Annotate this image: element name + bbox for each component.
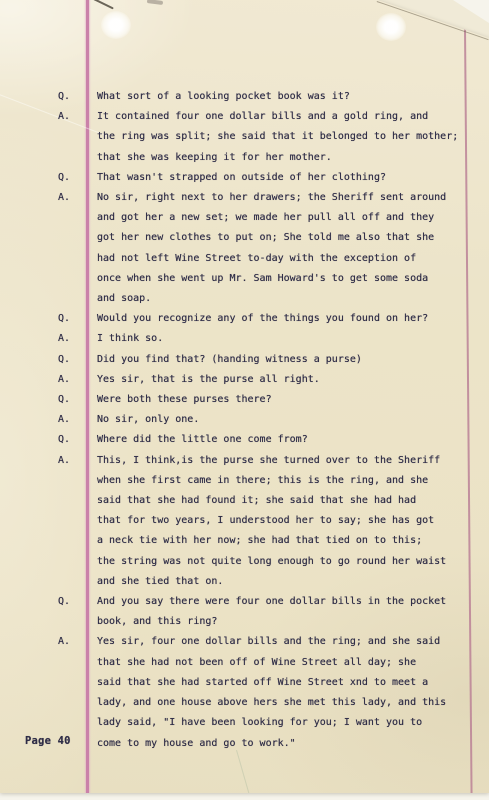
transcript: Q. What sort of a looking pocket book wa…: [0, 87, 489, 754]
speaker-label: A.: [58, 410, 97, 430]
page-shadow: Q. What sort of a looking pocket book wa…: [0, 0, 489, 800]
speaker-label: A.: [58, 632, 97, 652]
speaker-label: Q.: [58, 87, 97, 107]
entry-text: Were both these purses there?: [97, 390, 465, 410]
entry-text: What sort of a looking pocket book was i…: [97, 87, 465, 107]
entry-text: I think so.: [97, 329, 465, 349]
page-number: Page 40: [25, 731, 71, 751]
speaker-label: Q.: [58, 350, 97, 370]
entry-text: This, I think,is the purse she turned ov…: [97, 451, 465, 592]
qa-entry: A. Yes sir, that is the purse all right.: [0, 370, 489, 390]
qa-entry: Q. That wasn't strapped on outside of he…: [0, 168, 489, 188]
qa-entry: A. Yes sir, four one dollar bills and th…: [0, 632, 489, 753]
speaker-label: A.: [58, 370, 97, 390]
entry-text: That wasn't strapped on outside of her c…: [97, 168, 465, 188]
qa-entry: A. No sir, right next to her drawers; th…: [0, 188, 489, 309]
qa-entry: Q. Did you find that? (handing witness a…: [0, 350, 489, 370]
speaker-label: Q.: [58, 430, 97, 450]
speaker-label: A.: [58, 451, 97, 471]
entry-text: Where did the little one come from?: [97, 430, 465, 450]
entry-text: And you say there were four one dollar b…: [97, 592, 465, 632]
speaker-label: A.: [58, 188, 97, 208]
qa-entry: A. I think so.: [0, 329, 489, 349]
entry-text: Did you find that? (handing witness a pu…: [97, 350, 465, 370]
speaker-label: A.: [58, 107, 97, 127]
scanned-document-scene: Q. What sort of a looking pocket book wa…: [0, 0, 489, 800]
punch-hole-left: [101, 11, 131, 39]
qa-entry: Q. And you say there were four one dolla…: [0, 592, 489, 632]
paper-crease: [236, 750, 250, 794]
entry-text: Would you recognize any of the things yo…: [97, 309, 465, 329]
speaker-label: Q.: [58, 592, 97, 612]
qa-entry: Q. What sort of a looking pocket book wa…: [0, 87, 489, 107]
qa-entry: Q. Were both these purses there?: [0, 390, 489, 410]
entry-text: No sir, right next to her drawers; the S…: [97, 188, 465, 309]
qa-entry: A. This, I think,is the purse she turned…: [0, 451, 489, 592]
qa-entry: Q. Where did the little one come from?: [0, 430, 489, 450]
speaker-label: Q.: [58, 309, 97, 329]
qa-entry: Q. Would you recognize any of the things…: [0, 309, 489, 329]
speaker-label: Q.: [58, 168, 97, 188]
qa-entry: A. It contained four one dollar bills an…: [0, 107, 489, 168]
entry-text: Yes sir, four one dollar bills and the r…: [97, 632, 465, 753]
entry-text: No sir, only one.: [97, 410, 465, 430]
qa-entry: A. No sir, only one.: [0, 410, 489, 430]
entry-text: Yes sir, that is the purse all right.: [97, 370, 465, 390]
entry-text: It contained four one dollar bills and a…: [97, 107, 465, 168]
speaker-label: Q.: [58, 390, 97, 410]
punch-hole-right: [376, 13, 406, 41]
speaker-label: A.: [58, 329, 97, 349]
document-page: Q. What sort of a looking pocket book wa…: [0, 0, 489, 793]
